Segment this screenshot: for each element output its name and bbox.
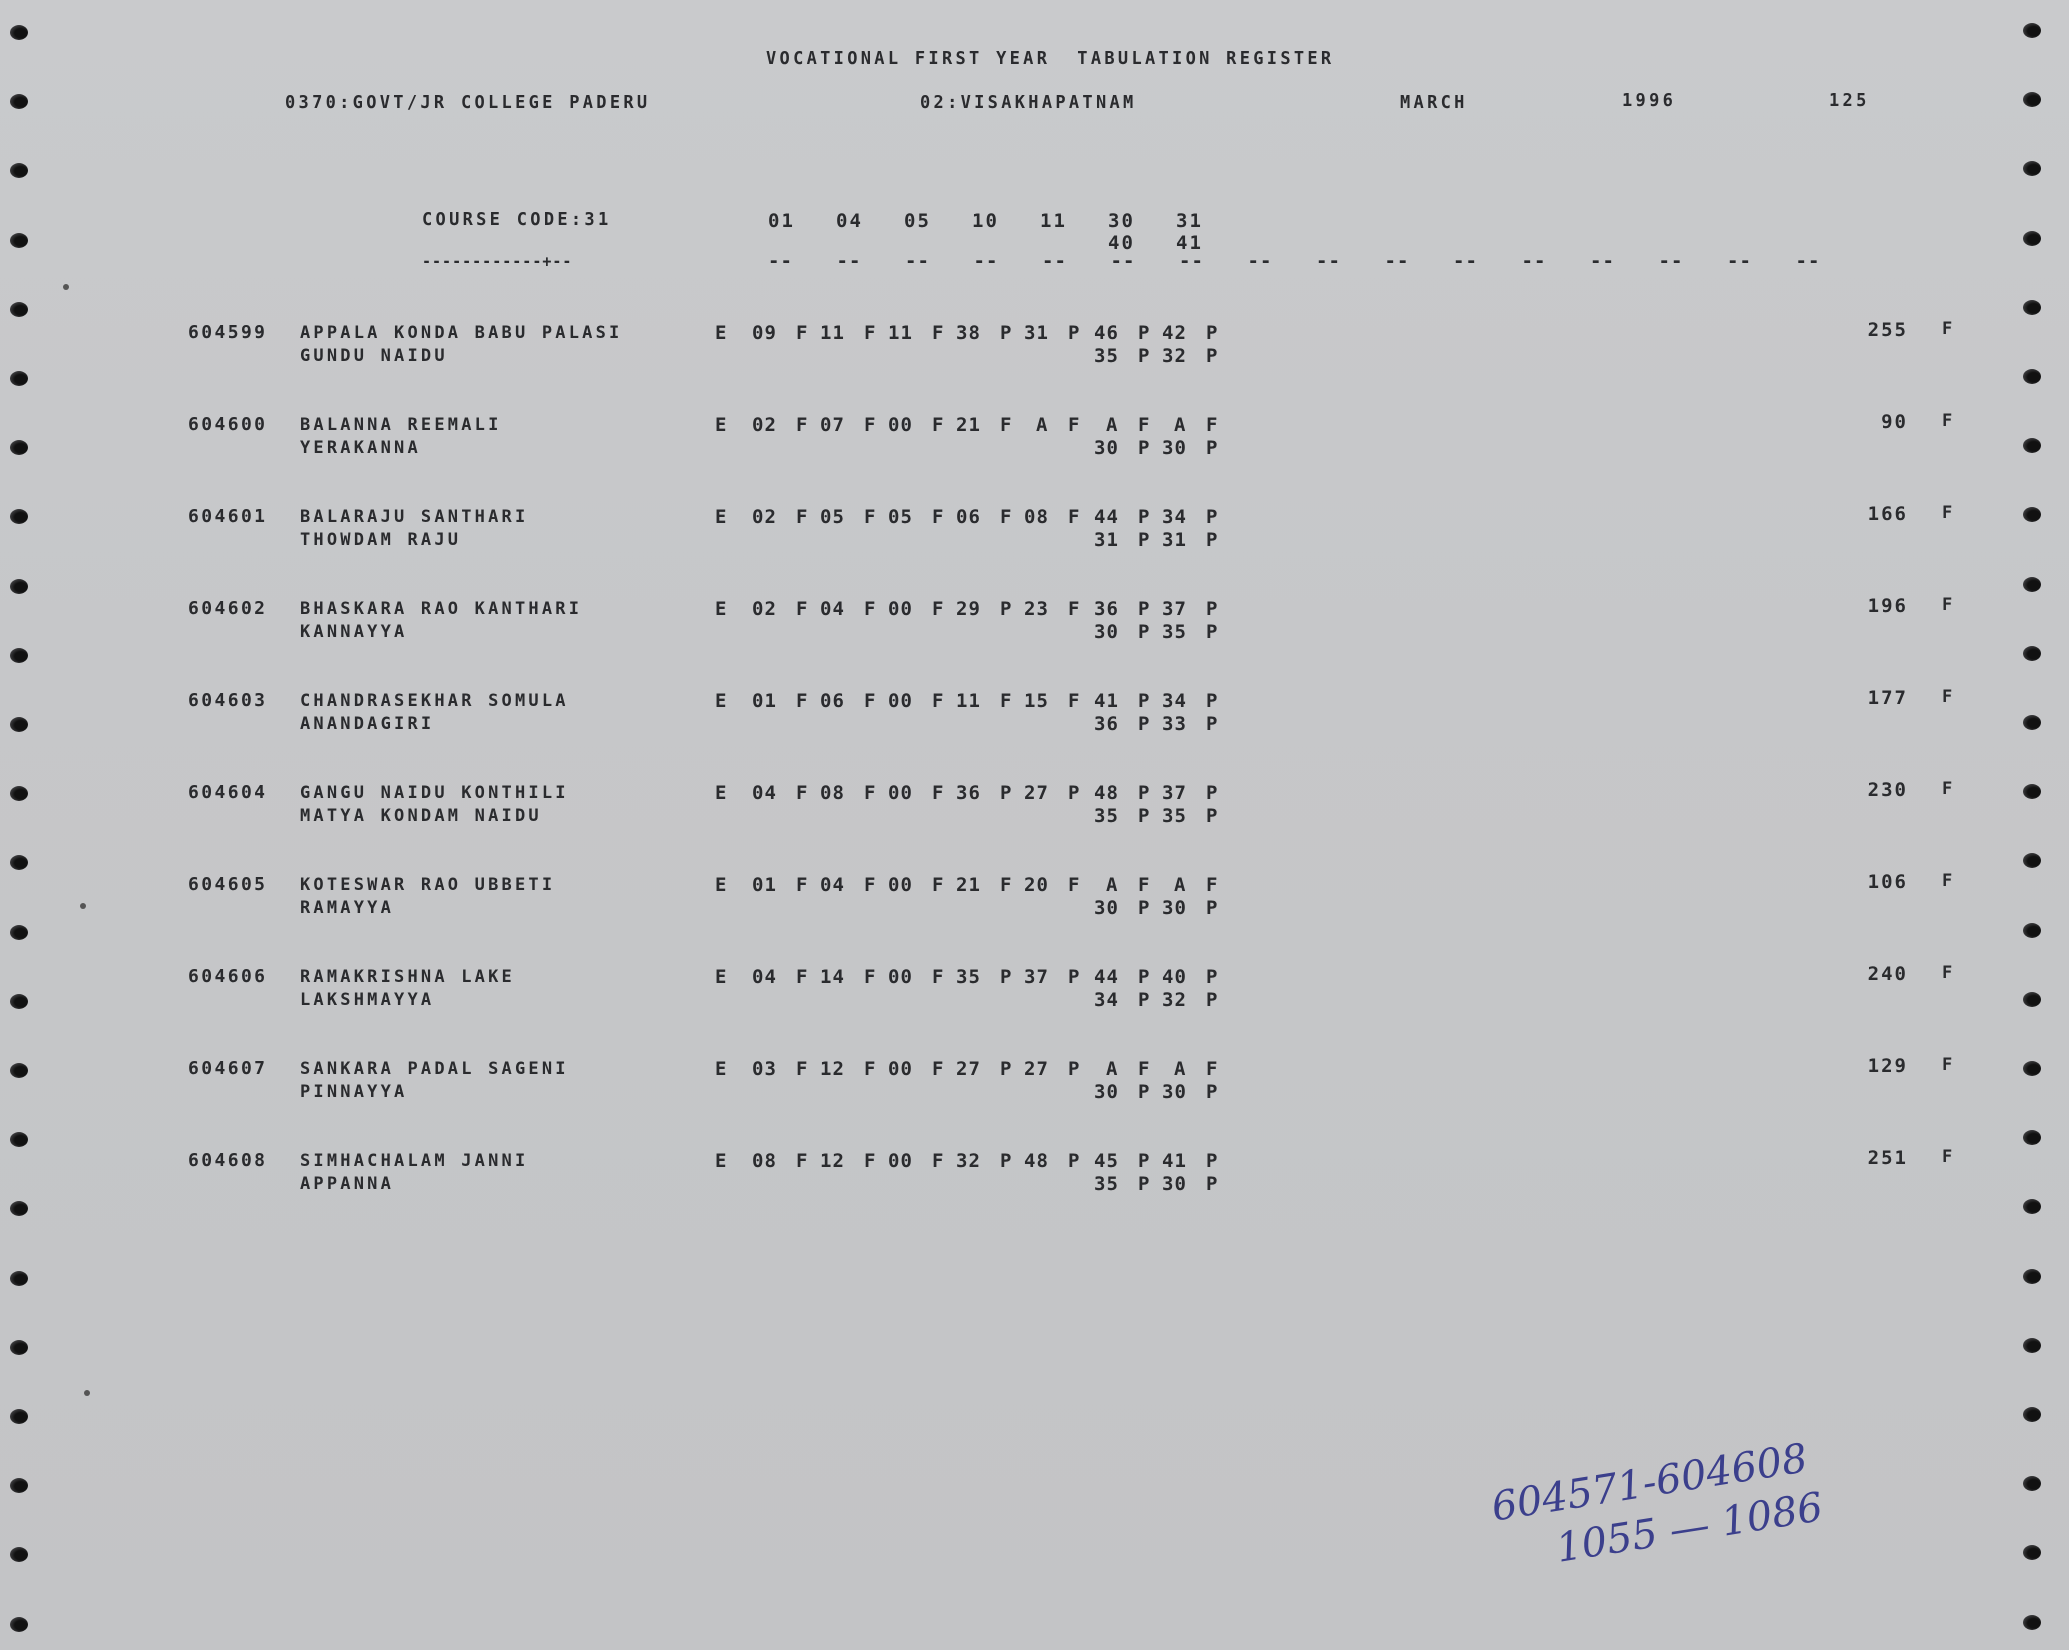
subject-mark: 42 [1162, 322, 1187, 344]
subject-code: 10 [972, 210, 999, 232]
parent-name: LAKSHMAYYA [300, 990, 434, 1010]
medium-code: E [715, 598, 727, 620]
subject-mark: 40 [1162, 966, 1187, 988]
column-dash: -- [1659, 250, 1684, 272]
medium-code: E [715, 1150, 727, 1172]
subject-mark: 23 [1024, 598, 1049, 620]
subject-status: F [932, 782, 944, 804]
subject-mark: A [1174, 1058, 1186, 1080]
subject-status: F [864, 690, 876, 712]
final-result: F [1942, 687, 1952, 707]
medium-code: E [715, 874, 727, 896]
subject-status: P [1138, 598, 1150, 620]
tractor-hole [10, 25, 28, 40]
total-marks: 196 [1858, 595, 1908, 617]
subject-status: P [1000, 1058, 1012, 1080]
tractor-hole [10, 1340, 28, 1355]
student-row: 604606RAMAKRISHNA LAKELAKSHMAYYAE04F14F0… [0, 966, 2069, 1016]
subject-status: P [1206, 1150, 1218, 1172]
subject-status: P [1138, 1150, 1150, 1172]
subject-mark-secondary: 35 [1162, 805, 1187, 827]
student-name: SANKARA PADAL SAGENI [300, 1059, 569, 1079]
subject-status: F [932, 1058, 944, 1080]
tractor-hole [2023, 646, 2041, 661]
column-dash: -- [1522, 250, 1547, 272]
subject-status-secondary: P [1138, 529, 1150, 551]
subject-status: F [864, 598, 876, 620]
tractor-hole [10, 648, 28, 663]
subject-mark: 05 [820, 506, 845, 528]
final-result: F [1942, 411, 1952, 431]
tractor-hole [10, 855, 28, 870]
subject-status-secondary: P [1138, 345, 1150, 367]
tractor-hole [2023, 300, 2041, 315]
tractor-hole [2023, 1269, 2041, 1284]
column-dash: -- [1179, 250, 1204, 272]
tractor-hole [10, 1132, 28, 1147]
subject-status: P [1068, 322, 1080, 344]
tractor-hole [10, 579, 28, 594]
subject-status: P [1138, 506, 1150, 528]
subject-status: F [796, 966, 808, 988]
subject-mark-secondary: 31 [1162, 529, 1187, 551]
column-dash: -- [905, 250, 930, 272]
student-row: 604601BALARAJU SANTHARITHOWDAM RAJUE02F0… [0, 506, 2069, 556]
subject-status: P [1000, 782, 1012, 804]
district-name: 02:VISAKHAPATNAM [920, 93, 1137, 114]
subject-mark-secondary: 35 [1094, 805, 1119, 827]
column-dash: -- [1796, 250, 1821, 272]
total-marks: 166 [1858, 503, 1908, 525]
student-name: BALARAJU SANTHARI [300, 507, 528, 527]
tractor-hole [2023, 1338, 2041, 1353]
subject-status: P [1138, 966, 1150, 988]
tractor-hole [10, 233, 28, 248]
course-code-underline: ------------+-- [422, 252, 572, 271]
tractor-hole [10, 1547, 28, 1562]
student-name: GANGU NAIDU KONTHILI [300, 783, 569, 803]
subject-status: F [1068, 690, 1080, 712]
subject-mark: 20 [1024, 874, 1049, 896]
tractor-hole [10, 925, 28, 940]
total-marks: 177 [1858, 687, 1908, 709]
subject-status-secondary: P [1206, 1081, 1218, 1103]
subject-status-secondary: P [1138, 437, 1150, 459]
subject-mark: 27 [1024, 782, 1049, 804]
subject-status: F [796, 506, 808, 528]
medium-code: E [715, 1058, 727, 1080]
subject-status: F [932, 322, 944, 344]
subject-status-secondary: P [1206, 805, 1218, 827]
subject-status: P [1138, 322, 1150, 344]
subject-status: F [864, 322, 876, 344]
course-code-label: COURSE CODE:31 [422, 210, 612, 231]
column-dash: -- [1248, 250, 1273, 272]
subject-mark: 06 [820, 690, 845, 712]
subject-mark: 15 [1024, 690, 1049, 712]
subject-mark: 11 [888, 322, 913, 344]
student-row: 604608SIMHACHALAM JANNIAPPANNAE08F12F00F… [0, 1150, 2069, 1200]
parent-name: RAMAYYA [300, 898, 394, 918]
subject-mark: 00 [888, 414, 913, 436]
subject-mark: 00 [888, 1058, 913, 1080]
subject-mark: 48 [1024, 1150, 1049, 1172]
student-name: BALANNA REEMALI [300, 415, 502, 435]
medium-code: E [715, 414, 727, 436]
tractor-hole [10, 371, 28, 386]
printout-page: VOCATIONAL FIRST YEAR TABULATION REGISTE… [0, 0, 2069, 1650]
college-name: 0370:GOVT/JR COLLEGE PADERU [285, 93, 650, 114]
tractor-hole [10, 94, 28, 109]
subject-status: P [1068, 782, 1080, 804]
subject-status: F [1206, 1058, 1218, 1080]
subject-mark: 21 [956, 414, 981, 436]
subject-mark: 01 [752, 690, 777, 712]
tractor-hole [2023, 1615, 2041, 1630]
subject-status: F [864, 1058, 876, 1080]
subject-status: P [1068, 1150, 1080, 1172]
subject-mark: 27 [1024, 1058, 1049, 1080]
subject-mark: 37 [1024, 966, 1049, 988]
subject-status: P [1000, 322, 1012, 344]
subject-status: F [864, 1150, 876, 1172]
paper-speck [63, 284, 69, 290]
subject-mark-secondary: 30 [1162, 1173, 1187, 1195]
student-row: 604599APPALA KONDA BABU PALASIGUNDU NAID… [0, 322, 2069, 372]
roll-number: 604608 [188, 1150, 267, 1171]
parent-name: THOWDAM RAJU [300, 530, 461, 550]
subject-code: 01 [768, 210, 795, 232]
subject-mark: 02 [752, 506, 777, 528]
subject-status: F [796, 874, 808, 896]
student-name: BHASKARA RAO KANTHARI [300, 599, 582, 619]
student-name: KOTESWAR RAO UBBETI [300, 875, 555, 895]
subject-mark: A [1106, 874, 1118, 896]
column-dash: -- [1111, 250, 1136, 272]
tractor-hole [10, 163, 28, 178]
subject-mark: 21 [956, 874, 981, 896]
subject-mark-secondary: 30 [1094, 897, 1119, 919]
subject-code: 04 [836, 210, 863, 232]
subject-mark: 32 [956, 1150, 981, 1172]
subject-mark: 06 [956, 506, 981, 528]
roll-number: 604599 [188, 322, 267, 343]
subject-mark: A [1036, 414, 1048, 436]
tractor-hole [10, 1271, 28, 1286]
subject-mark: 04 [752, 782, 777, 804]
register-title: VOCATIONAL FIRST YEAR TABULATION REGISTE… [766, 49, 1334, 70]
subject-mark-secondary: 33 [1162, 713, 1187, 735]
tractor-hole [2023, 231, 2041, 246]
tractor-hole [2023, 161, 2041, 176]
parent-name: PINNAYYA [300, 1082, 407, 1102]
subject-status: F [932, 690, 944, 712]
subject-mark-secondary: 30 [1162, 437, 1187, 459]
subject-status: F [1068, 874, 1080, 896]
tractor-hole [2023, 1476, 2041, 1491]
roll-number: 604606 [188, 966, 267, 987]
subject-status-secondary: P [1138, 1173, 1150, 1195]
subject-status: F [1206, 414, 1218, 436]
subject-status: F [932, 1150, 944, 1172]
total-marks: 240 [1858, 963, 1908, 985]
subject-mark: 14 [820, 966, 845, 988]
subject-mark: 36 [1094, 598, 1119, 620]
subject-status-secondary: P [1138, 621, 1150, 643]
subject-status: F [796, 782, 808, 804]
subject-mark: 31 [1024, 322, 1049, 344]
student-name: RAMAKRISHNA LAKE [300, 967, 515, 987]
column-dash: -- [1042, 250, 1067, 272]
subject-status: F [864, 414, 876, 436]
column-dash: -- [974, 250, 999, 272]
subject-mark: 04 [752, 966, 777, 988]
subject-status: F [796, 1150, 808, 1172]
subject-mark: 45 [1094, 1150, 1119, 1172]
subject-mark-secondary: 35 [1094, 1173, 1119, 1195]
subject-status: F [1068, 414, 1080, 436]
total-marks: 90 [1858, 411, 1908, 433]
subject-code: 05 [904, 210, 931, 232]
tractor-hole [2023, 1130, 2041, 1145]
subject-mark: 35 [956, 966, 981, 988]
subject-status: P [1206, 598, 1218, 620]
subject-status: F [1000, 874, 1012, 896]
subject-mark: 44 [1094, 966, 1119, 988]
tractor-hole [2023, 577, 2041, 592]
subject-mark: 12 [820, 1150, 845, 1172]
column-dash: -- [837, 250, 862, 272]
subject-mark: 02 [752, 414, 777, 436]
total-marks: 255 [1858, 319, 1908, 341]
total-marks: 251 [1858, 1147, 1908, 1169]
subject-mark-secondary: 30 [1094, 1081, 1119, 1103]
subject-mark-secondary: 30 [1094, 437, 1119, 459]
subject-status: P [1138, 690, 1150, 712]
subject-mark: 00 [888, 1150, 913, 1172]
subject-status: F [796, 598, 808, 620]
parent-name: KANNAYYA [300, 622, 407, 642]
subject-mark: 02 [752, 598, 777, 620]
exam-year: 1996 [1622, 91, 1676, 112]
subject-status-secondary: P [1138, 713, 1150, 735]
subject-mark: 00 [888, 966, 913, 988]
tractor-hole [2023, 92, 2041, 107]
subject-status: P [1206, 782, 1218, 804]
parent-name: MATYA KONDAM NAIDU [300, 806, 542, 826]
subject-mark-secondary: 32 [1162, 345, 1187, 367]
subject-mark-secondary: 31 [1094, 529, 1119, 551]
subject-code: 31 [1176, 210, 1203, 232]
subject-mark: 38 [956, 322, 981, 344]
subject-status: F [796, 1058, 808, 1080]
tractor-hole [2023, 23, 2041, 38]
subject-code: 30 [1108, 210, 1135, 232]
column-dash: -- [768, 250, 793, 272]
medium-code: E [715, 506, 727, 528]
subject-status: F [1138, 414, 1150, 436]
subject-status: P [1068, 966, 1080, 988]
subject-mark: 08 [752, 1150, 777, 1172]
subject-status-secondary: P [1206, 345, 1218, 367]
medium-code: E [715, 966, 727, 988]
tractor-hole [10, 1201, 28, 1216]
subject-status: F [932, 506, 944, 528]
final-result: F [1942, 963, 1952, 983]
subject-mark: 27 [956, 1058, 981, 1080]
subject-mark: 41 [1094, 690, 1119, 712]
parent-name: APPANNA [300, 1174, 394, 1194]
parent-name: GUNDU NAIDU [300, 346, 448, 366]
roll-number: 604604 [188, 782, 267, 803]
total-marks: 230 [1858, 779, 1908, 801]
column-dash: -- [1316, 250, 1341, 272]
subject-status: F [932, 874, 944, 896]
paper-speck [84, 1390, 90, 1396]
subject-status: P [1068, 1058, 1080, 1080]
subject-mark: 08 [1024, 506, 1049, 528]
medium-code: E [715, 690, 727, 712]
subject-mark: A [1106, 1058, 1118, 1080]
subject-status: F [1068, 506, 1080, 528]
subject-mark: 41 [1162, 1150, 1187, 1172]
subject-mark: 37 [1162, 598, 1187, 620]
subject-mark: A [1174, 414, 1186, 436]
subject-status-secondary: P [1206, 529, 1218, 551]
subject-status: P [1206, 506, 1218, 528]
subject-mark: 07 [820, 414, 845, 436]
subject-mark: 29 [956, 598, 981, 620]
roll-number: 604603 [188, 690, 267, 711]
student-row: 604602BHASKARA RAO KANTHARIKANNAYYAE02F0… [0, 598, 2069, 648]
roll-number: 604602 [188, 598, 267, 619]
subject-mark-secondary: 34 [1094, 989, 1119, 1011]
subject-status: F [1138, 874, 1150, 896]
tractor-hole [2023, 923, 2041, 938]
tractor-hole [10, 1617, 28, 1632]
subject-mark: 46 [1094, 322, 1119, 344]
exam-month: MARCH [1400, 93, 1468, 114]
subject-mark: 03 [752, 1058, 777, 1080]
subject-mark: 34 [1162, 506, 1187, 528]
parent-name: YERAKANNA [300, 438, 421, 458]
student-row: 604605KOTESWAR RAO UBBETIRAMAYYAE01F04F0… [0, 874, 2069, 924]
subject-mark: A [1106, 414, 1118, 436]
subject-status: F [932, 966, 944, 988]
subject-status: P [1000, 966, 1012, 988]
subject-mark: 04 [820, 598, 845, 620]
subject-status: F [1000, 506, 1012, 528]
subject-mark: 11 [820, 322, 845, 344]
column-dash: -- [1385, 250, 1410, 272]
final-result: F [1942, 595, 1952, 615]
roll-number: 604601 [188, 506, 267, 527]
subject-status: F [864, 966, 876, 988]
subject-mark: 12 [820, 1058, 845, 1080]
subject-mark: 00 [888, 598, 913, 620]
total-marks: 106 [1858, 871, 1908, 893]
student-name: APPALA KONDA BABU PALASI [300, 323, 622, 343]
medium-code: E [715, 322, 727, 344]
subject-status: F [1138, 1058, 1150, 1080]
column-dash: -- [1590, 250, 1615, 272]
roll-number: 604605 [188, 874, 267, 895]
subject-mark-secondary: 30 [1094, 621, 1119, 643]
medium-code: E [715, 782, 727, 804]
subject-mark: 04 [820, 874, 845, 896]
column-dash: -- [1453, 250, 1478, 272]
subject-status: F [796, 414, 808, 436]
subject-mark: 09 [752, 322, 777, 344]
subject-status: F [796, 690, 808, 712]
subject-mark-secondary: 30 [1162, 1081, 1187, 1103]
subject-status: F [1000, 690, 1012, 712]
paper-speck [80, 903, 86, 909]
final-result: F [1942, 871, 1952, 891]
subject-mark: 34 [1162, 690, 1187, 712]
subject-mark: 05 [888, 506, 913, 528]
student-row: 604600BALANNA REEMALIYERAKANNAE02F07F00F… [0, 414, 2069, 464]
subject-mark: 00 [888, 690, 913, 712]
subject-status-secondary: P [1206, 989, 1218, 1011]
page-number: 125 [1829, 91, 1870, 112]
subject-status-secondary: P [1206, 437, 1218, 459]
subject-status: F [932, 598, 944, 620]
subject-status: P [1206, 966, 1218, 988]
subject-status-secondary: P [1138, 1081, 1150, 1103]
subject-status-secondary: P [1206, 1173, 1218, 1195]
final-result: F [1942, 779, 1952, 799]
subject-status-secondary: P [1138, 989, 1150, 1011]
subject-status: P [1000, 1150, 1012, 1172]
student-row: 604603CHANDRASEKHAR SOMULAANANDAGIRIE01F… [0, 690, 2069, 740]
roll-number: 604607 [188, 1058, 267, 1079]
subject-mark: 11 [956, 690, 981, 712]
subject-status-secondary: P [1206, 713, 1218, 735]
subject-status: F [864, 782, 876, 804]
student-name: CHANDRASEKHAR SOMULA [300, 691, 569, 711]
subject-status-secondary: P [1206, 621, 1218, 643]
subject-mark: 36 [956, 782, 981, 804]
subject-mark: A [1174, 874, 1186, 896]
parent-name: ANANDAGIRI [300, 714, 434, 734]
tractor-hole [10, 1478, 28, 1493]
final-result: F [1942, 1055, 1952, 1075]
student-name: SIMHACHALAM JANNI [300, 1151, 528, 1171]
subject-mark: 37 [1162, 782, 1187, 804]
tractor-hole [2023, 1407, 2041, 1422]
tractor-hole [10, 1409, 28, 1424]
subject-status: P [1000, 598, 1012, 620]
final-result: F [1942, 319, 1952, 339]
roll-number: 604600 [188, 414, 267, 435]
subject-status-secondary: P [1138, 897, 1150, 919]
subject-status: P [1206, 690, 1218, 712]
subject-mark-secondary: 36 [1094, 713, 1119, 735]
tractor-hole [2023, 1545, 2041, 1560]
subject-mark-secondary: 35 [1094, 345, 1119, 367]
subject-status: F [864, 874, 876, 896]
subject-mark-secondary: 30 [1162, 897, 1187, 919]
subject-mark: 44 [1094, 506, 1119, 528]
subject-status: F [1000, 414, 1012, 436]
subject-mark: 48 [1094, 782, 1119, 804]
subject-status-secondary: P [1138, 805, 1150, 827]
final-result: F [1942, 1147, 1952, 1167]
subject-status: F [1068, 598, 1080, 620]
student-row: 604604GANGU NAIDU KONTHILIMATYA KONDAM N… [0, 782, 2069, 832]
subject-status: P [1206, 322, 1218, 344]
